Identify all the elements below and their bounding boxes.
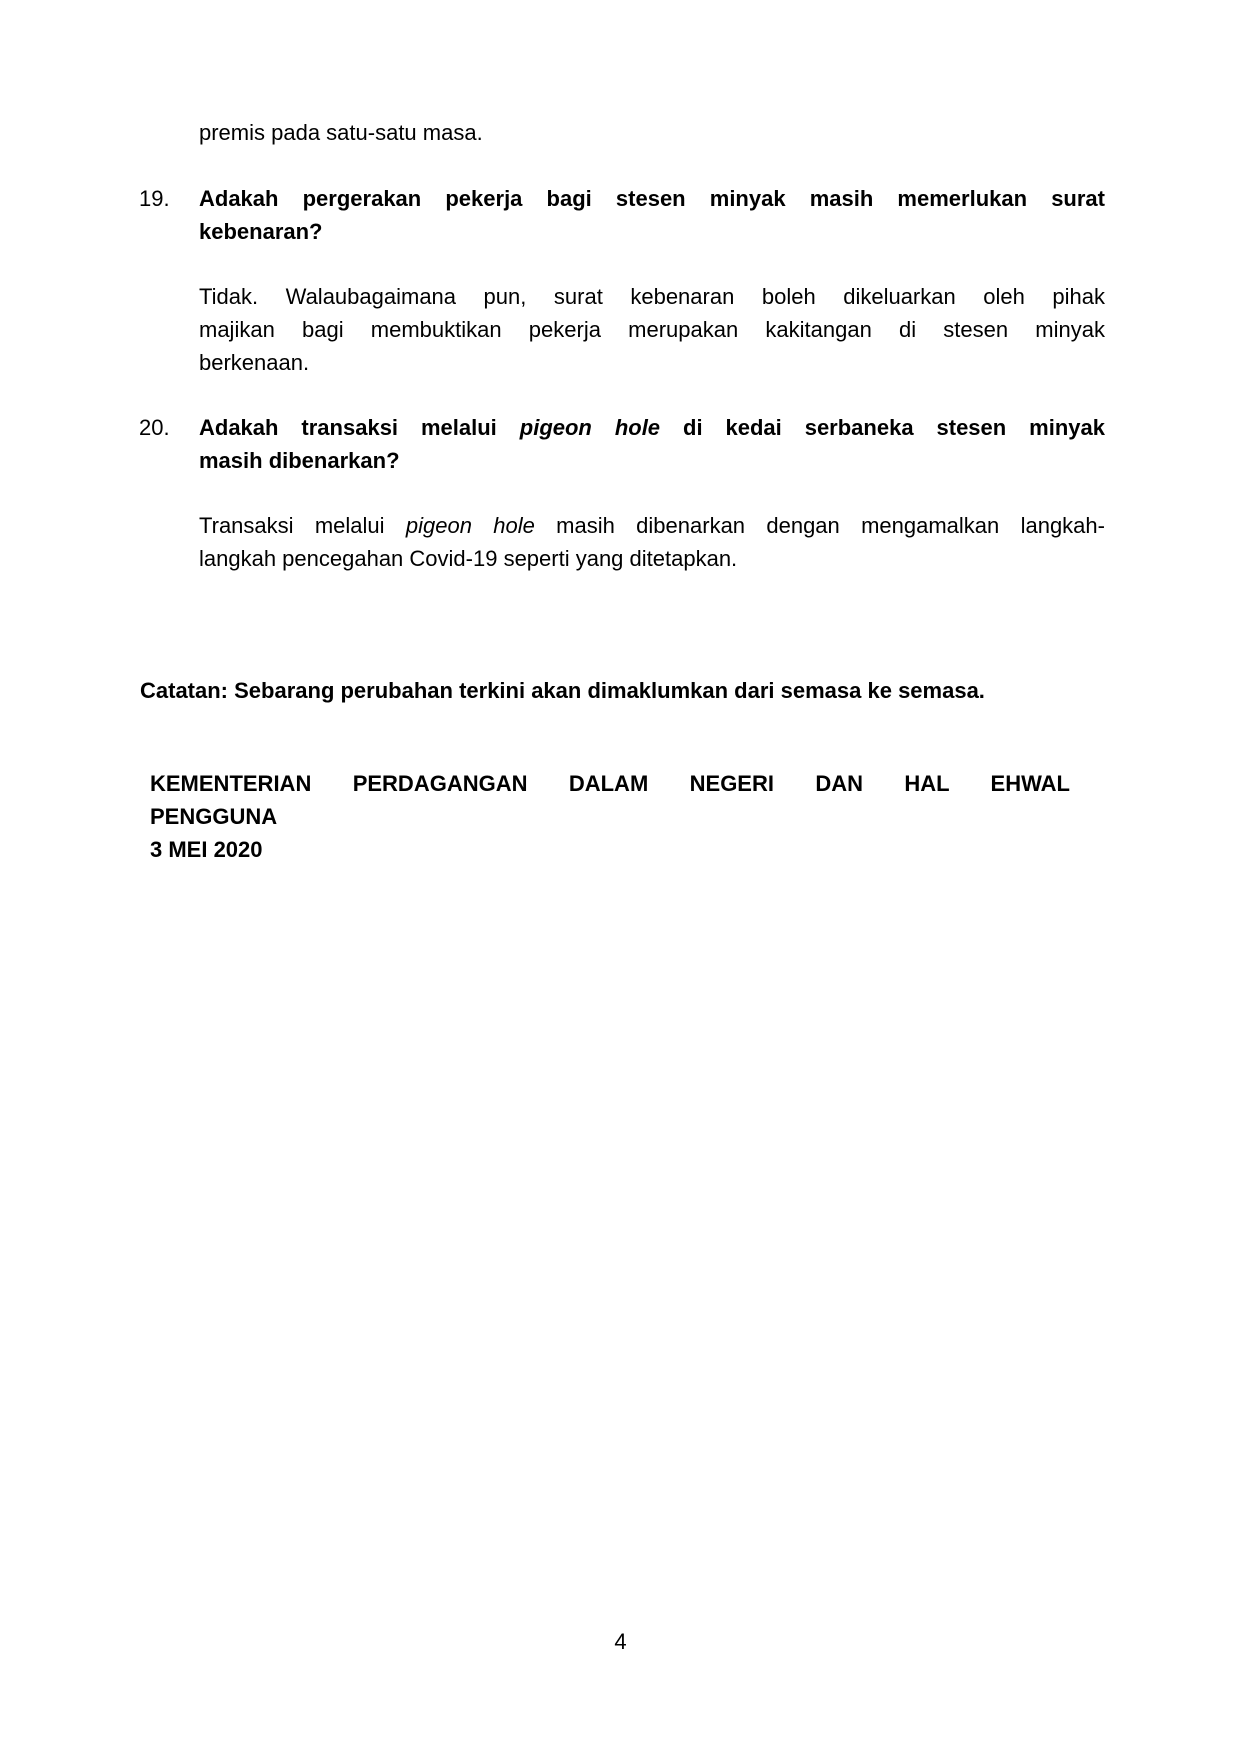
update-note: Catatan: Sebarang perubahan terkini akan…: [140, 674, 1120, 707]
faq-20-question: Adakah transaksi melalui pigeon hole di …: [199, 411, 1105, 477]
faq-19-question: Adakah pergerakan pekerja bagi stesen mi…: [199, 182, 1105, 248]
faq-20-answer-text-a: Transaksi melalui: [199, 513, 406, 538]
faq-20-question-text-a: Adakah transaksi melalui: [199, 415, 520, 440]
faq-20-answer-line-1: Transaksi melalui pigeon hole masih dibe…: [199, 509, 1105, 542]
faq-20-answer-italic-term: pigeon hole: [406, 513, 535, 538]
faq-20-question-line-1: Adakah transaksi melalui pigeon hole di …: [199, 411, 1105, 444]
faq-20-question-italic-term: pigeon hole: [520, 415, 660, 440]
faq-19-question-line-2: kebenaran?: [199, 215, 1105, 248]
document-date: 3 MEI 2020: [150, 833, 1070, 866]
continuation-text: premis pada satu-satu masa.: [199, 116, 1105, 149]
continuation-text-content: premis pada satu-satu masa.: [199, 120, 483, 145]
faq-19-answer-line-2: majikan bagi membuktikan pekerja merupak…: [199, 313, 1105, 346]
faq-20-question-line-2: masih dibenarkan?: [199, 444, 1105, 477]
ministry-name-line-2: PENGGUNA: [150, 800, 1070, 833]
faq-19-number: 19.: [139, 182, 170, 215]
faq-20-answer-text-b: masih dibenarkan dengan mengamalkan lang…: [535, 513, 1105, 538]
ministry-name-line-1: KEMENTERIAN PERDAGANGAN DALAM NEGERI DAN…: [150, 767, 1070, 800]
faq-19-answer-line-1: Tidak. Walaubagaimana pun, surat kebenar…: [199, 280, 1105, 313]
faq-20-number: 20.: [139, 411, 170, 444]
faq-19-question-line-1: Adakah pergerakan pekerja bagi stesen mi…: [199, 182, 1105, 215]
faq-19-answer: Tidak. Walaubagaimana pun, surat kebenar…: [199, 280, 1105, 379]
document-page: premis pada satu-satu masa. 19. Adakah p…: [0, 0, 1241, 1754]
ministry-signature: KEMENTERIAN PERDAGANGAN DALAM NEGERI DAN…: [150, 767, 1070, 866]
faq-20-answer: Transaksi melalui pigeon hole masih dibe…: [199, 509, 1105, 575]
page-number: 4: [0, 1627, 1241, 1657]
faq-19-answer-line-3: berkenaan.: [199, 346, 1105, 379]
faq-20-answer-line-2: langkah pencegahan Covid-19 seperti yang…: [199, 542, 1105, 575]
faq-20-question-text-b: di kedai serbaneka stesen minyak: [660, 415, 1105, 440]
